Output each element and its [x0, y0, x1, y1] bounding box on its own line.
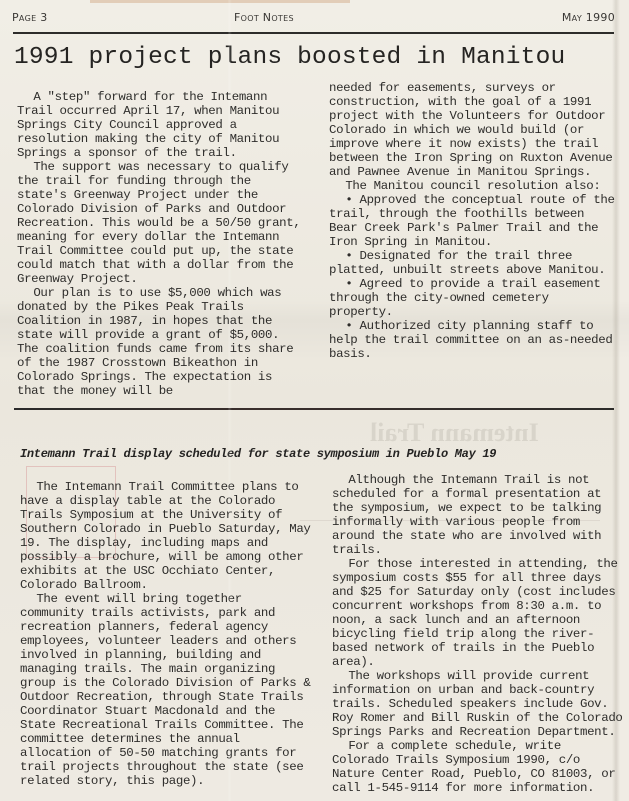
article2-left-column: The Intemann Trail Committee plans to ha…	[20, 480, 312, 788]
paragraph: The event will bring together community …	[20, 592, 312, 788]
paragraph: A "step" forward for the Intemann Trail …	[17, 90, 307, 160]
show-through-text: Intemann Trail	[370, 418, 539, 448]
paragraph: The Intemann Trail Committee plans to ha…	[20, 480, 312, 592]
article1-right-column: needed for easements, surveys or constru…	[329, 81, 619, 361]
article2-right-column: Although the Intemann Trail is not sched…	[332, 473, 624, 795]
section-divider	[14, 408, 614, 410]
issue-date: May 1990	[562, 11, 615, 24]
paragraph: For a complete schedule, write Colorado …	[332, 739, 624, 795]
paragraph: The workshops will provide current infor…	[332, 669, 624, 739]
paragraph: The support was necessary to qualify the…	[17, 160, 307, 286]
bullet-item: • Approved the conceptual route of the t…	[329, 193, 619, 249]
paragraph: For those interested in attending, the s…	[332, 557, 624, 669]
paragraph: Although the Intemann Trail is not sched…	[332, 473, 624, 557]
bullet-item: • Designated for the trail three platted…	[329, 249, 619, 277]
paragraph: The Manitou council resolution also:	[329, 179, 619, 193]
article1-headline: 1991 project plans boosted in Manitou	[14, 44, 565, 71]
article1-left-column: A "step" forward for the Intemann Trail …	[17, 90, 307, 398]
article2-headline: Intemann Trail display scheduled for sta…	[20, 447, 496, 461]
page-number: Page 3	[12, 11, 48, 24]
publication-name: Foot Notes	[234, 11, 294, 24]
bullet-item: • Authorized city planning staff to help…	[329, 319, 619, 361]
newsletter-page: Intemann Trail Page 3 Foot Notes May 199…	[0, 0, 629, 801]
paragraph: needed for easements, surveys or constru…	[329, 81, 619, 179]
tape-strip	[90, 0, 350, 3]
paragraph: Our plan is to use $5,000 which was dona…	[17, 286, 307, 398]
header-divider	[13, 32, 614, 34]
page-header: Page 3 Foot Notes May 1990	[12, 8, 615, 28]
bullet-item: • Agreed to provide a trail easement thr…	[329, 277, 619, 319]
